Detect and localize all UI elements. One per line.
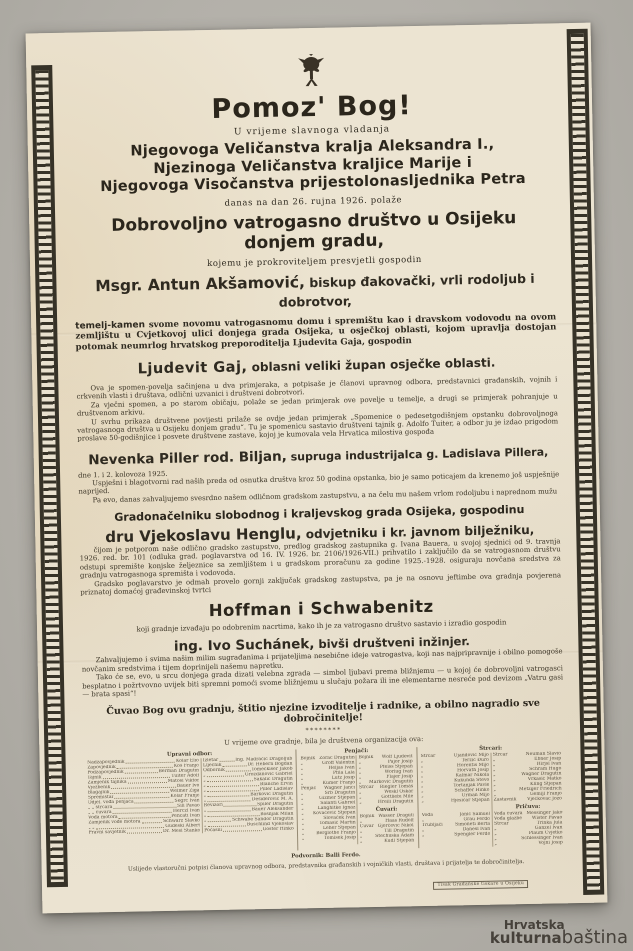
org-row: „Kudl Stjepan (360, 839, 414, 845)
org-row: „Hjesičar Stjepan (421, 798, 489, 804)
filmstrip-border-left-icon (31, 65, 68, 887)
guards-column-2: VođaJanić Samuel„Grau FerdoTrubljačiSimo… (422, 812, 491, 838)
council-paragraphs: čijom je potporom naše odlično gradsko z… (79, 537, 561, 597)
royal-dedication: Njegovoga Veličanstva kralja Aleksandra … (72, 135, 554, 197)
sprayers-column-1-stack: ŠtrcarUjandović Mijo„Terzič Đuro„Horenti… (419, 753, 492, 848)
cornerstone-text: svome novomu vatrogasnomu domu i spremiš… (75, 312, 556, 353)
sprayers-column-1: ŠtrcarUjandović Mijo„Terzič Đuro„Horenti… (421, 753, 490, 804)
bishop-name: Msgr. Antun Akšamović, (95, 273, 305, 295)
gaj-line: Ljudevit Gaj, oblasni veliki župan osječ… (76, 350, 557, 378)
guards-column-1: BojnikWasser Dragutin„Haas RudolfČuvarGj… (360, 814, 415, 845)
organization-table: Upravni odbor: NadzapovjednikKolar ElioZ… (83, 745, 566, 874)
watermark-line2-bold: kulturna (490, 929, 562, 947)
climbers-column-2-stack: BojnikWolf Ljudevit„Pajor Josip„Pfeiss S… (356, 755, 416, 845)
photo-background: { "poster": { "emblem_icon": "firefighte… (0, 0, 633, 951)
guards-subgroup-2: VođaJanić Samuel„Grau FerdoTrubljačiSimo… (422, 805, 491, 838)
sprayers-column-2: ŠtrcarNeuman Slavio„Ebner Josip„Hirjsl I… (493, 752, 562, 803)
org-row: „Vojni Josip (494, 841, 562, 847)
climbers-column-1: BojnikZorac Dragutin„Groff Valentin„Helj… (299, 756, 358, 846)
poster-content: Pomoz' Bog! U vrijeme slavnoga vladanja … (70, 47, 567, 912)
org-row: „Hreili Dragutin (359, 800, 413, 806)
sprayers-column-2-stack: ŠtrcarNeuman Slavio„Ebner Josip„Hirjsl I… (490, 752, 564, 847)
cornerstone-paragraph: temelj-kamen svome novomu vatrogasnomu d… (75, 312, 557, 354)
org-row: Pravni savjetnikDr. Mesl Stanko (88, 829, 200, 836)
society-name: Dobrovoljno vatrogasno društvo u Osijeku… (73, 207, 555, 256)
gaj-name: Ljudevit Gaj, (138, 359, 248, 377)
climbers-group: Penjači: BojnikZorac Dragutin„Groff Vale… (296, 748, 418, 851)
reserve-subgroup: Pričuva: Vođa čuvaraMessinger JakovVođa … (494, 804, 563, 847)
filmstrip-border-right-icon (567, 29, 605, 895)
piller-title: supruga industrijalca g. Ladislava Pille… (287, 445, 549, 463)
org-row: „Spengler Ferdo (422, 832, 490, 838)
sprayers-group: Štrcari: ŠtrcarUjandović Mijo„Terzič Đur… (416, 745, 566, 849)
board-column-1: NadzapovjednikKolar ElioZapovjednikKoš F… (86, 759, 202, 836)
watermark-line2-rest: baština (562, 927, 628, 948)
bishop-line: Msgr. Antun Akšamović, biskup đakovački,… (74, 267, 556, 314)
bishop-titles: biskup đakovački, vrli rodoljub i dobrot… (279, 270, 535, 309)
cornerstone-lead: temelj-kamen (75, 320, 145, 331)
watermark-line2: kulturnabaština (490, 929, 628, 947)
org-row: „Tomisek Josip (302, 836, 356, 842)
poster-document: Pomoz' Bog! U vrijeme slavnoga vladanja … (26, 23, 608, 914)
piller-name: Nevenka Piller rod. Biljan, (88, 448, 287, 468)
charter-paragraphs: Ova je spomen-povelja sačinjena u dva pr… (76, 375, 558, 443)
poster-title: Pomoz' Bog! (71, 87, 553, 127)
reserve-column: Vođa čuvaraMessinger JakovVođa glazbeWis… (494, 811, 563, 847)
board-column-2: IzletarIng. Madračić DragoljubLiječnikDr… (200, 757, 295, 834)
org-row: PočasniGoster Hinko (204, 827, 294, 834)
board-group: Upravni odbor: NadzapovjednikKolar ElioZ… (83, 750, 297, 855)
gaj-title: oblasni veliki župan osječke oblasti. (247, 355, 495, 374)
thanks-paragraphs: Zahvaljujemo i svima našim milim sugrađa… (82, 648, 564, 699)
org-row: ZastavnikVjećkovac Jozo (494, 797, 562, 803)
guards-subgroup: Čuvari: BojnikWasser Dragutin„Haas Rudol… (359, 807, 414, 845)
climbers-column-2: BojnikWolf Ljudevit„Pajor Josip„Pfeiss S… (358, 755, 413, 806)
heritage-watermark: Hrvatska kulturnabaština (490, 919, 628, 947)
